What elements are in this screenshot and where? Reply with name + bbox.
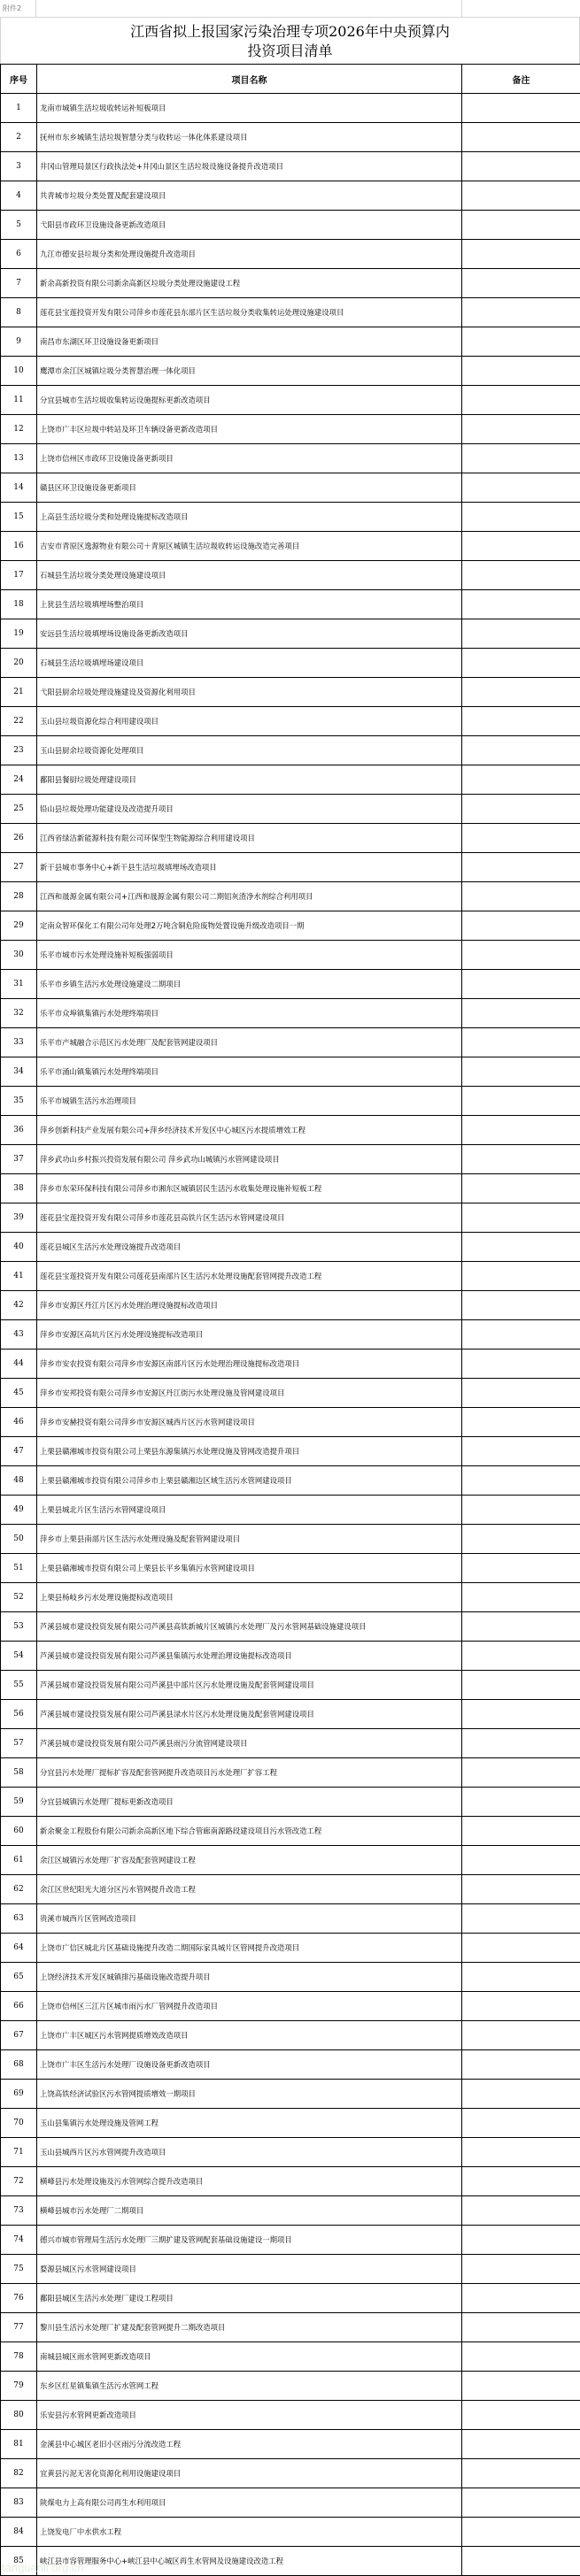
row-seq: 80 — [1, 2401, 37, 2430]
table-row: 9南昌市东湖区环卫设施设备更新项目 — [1, 327, 580, 357]
row-seq: 3 — [1, 152, 37, 181]
row-note — [462, 2459, 580, 2488]
row-seq: 38 — [1, 1174, 37, 1203]
attachment-label: 附件2 — [0, 0, 36, 17]
row-note — [462, 473, 580, 503]
row-seq: 35 — [1, 1087, 37, 1116]
row-seq: 42 — [1, 1291, 37, 1320]
row-project-name: 南昌市东湖区环卫设施设备更新项目 — [37, 327, 462, 357]
table-row: 51上栗县赣湘城市投资有限公司上栗县长平乡集镇污水管网建设项目 — [1, 1554, 580, 1583]
row-seq: 46 — [1, 1408, 37, 1437]
row-seq: 68 — [1, 2050, 37, 2080]
table-row: 69上饶高铁经济试验区污水管网提质增效一期项目 — [1, 2080, 580, 2109]
row-project-name: 乐平市涌山镇集镇污水处理终端项目 — [37, 1057, 462, 1087]
table-row: 48上栗县赣湘城市投资有限公司萍乡市上栗县赣湘边区域生活污水管网建设项目 — [1, 1466, 580, 1496]
table-row: 77黎川县生活污水处理厂扩建及配套管网提升二期改造项目 — [1, 2313, 580, 2342]
row-seq: 12 — [1, 415, 37, 444]
row-project-name: 芦溪县城市建设投资发展有限公司芦溪县高铁新城片区城镇污水处理厂及污水管网基础设施… — [37, 1612, 462, 1642]
row-note — [462, 1875, 580, 1904]
row-note — [462, 1379, 580, 1408]
row-seq: 34 — [1, 1057, 37, 1087]
table-row: 85峡江县市容管理服务中心+峡江县中心城区再生水管网及设施建设改造工程 — [1, 2547, 580, 2576]
row-project-name: 玉山县垃圾资源化综合利用建设项目 — [37, 707, 462, 736]
table-row: 54芦溪县城市建设投资发展有限公司芦溪县集镇污水处理治理设施提标改造项目 — [1, 1642, 580, 1671]
row-project-name: 乐平市众埠镇集镇污水处理终端项目 — [37, 999, 462, 1028]
row-seq: 14 — [1, 473, 37, 503]
row-note — [462, 1203, 580, 1233]
row-seq: 9 — [1, 327, 37, 357]
row-project-name: 芦溪县城市建设投资发展有限公司芦溪县集镇污水处理治理设施提标改造项目 — [37, 1642, 462, 1671]
table-row: 50萍乡市上栗县南部片区生活污水处理设施及配套管网建设项目 — [1, 1525, 580, 1554]
row-note — [462, 269, 580, 298]
row-project-name: 萍乡创新科技产业发展有限公司+萍乡经济技术开发区中心城区污水提质增效工程 — [37, 1116, 462, 1145]
table-row: 71玉山县城西片区污水管网提升改造项目 — [1, 2138, 580, 2167]
row-note — [462, 970, 580, 999]
row-note — [462, 503, 580, 532]
table-row: 15上高县生活垃圾分类和处理设施提标改造项目 — [1, 503, 580, 532]
row-seq: 49 — [1, 1496, 37, 1525]
table-row: 42萍乡市安源区丹江片区污水处理治理设施提标改造项目 — [1, 1291, 580, 1320]
row-note — [462, 1057, 580, 1087]
table-row: 5弋阳县市政环卫设施设备更新改造项目 — [1, 211, 580, 240]
table-row: 19安远县生活垃圾填埋场设施设备更新改造项目 — [1, 619, 580, 649]
row-seq: 16 — [1, 532, 37, 561]
row-seq: 79 — [1, 2372, 37, 2401]
row-project-name: 上饶市信州区市政环卫设施设备更新项目 — [37, 444, 462, 473]
table-row: 67上饶市广丰区城区污水管网提质增效改造项目 — [1, 2021, 580, 2050]
row-project-name: 横峰县城市污水处理厂二期项目 — [37, 2196, 462, 2226]
row-project-name: 江西和晟源金属有限公司+江西和晟源金属有限公司二期铝灰渣净水剂综合利用项目 — [37, 882, 462, 911]
row-note — [462, 2284, 580, 2313]
row-seq: 17 — [1, 561, 37, 590]
row-note — [462, 2080, 580, 2109]
row-project-name: 萍乡市上栗县南部片区生活污水处理设施及配套管网建设项目 — [37, 1525, 462, 1554]
row-note — [462, 853, 580, 882]
row-project-name: 上高县生活垃圾分类和处理设施提标改造项目 — [37, 503, 462, 532]
row-project-name: 陕煤电力上高有限公司再生水利用项目 — [37, 2488, 462, 2518]
empty-cell — [36, 0, 462, 17]
row-project-name: 鄱阳县餐厨垃圾处理建设项目 — [37, 765, 462, 795]
row-note — [462, 2226, 580, 2255]
row-note — [462, 1525, 580, 1554]
row-project-name: 乐安县污水管网更新改造项目 — [37, 2401, 462, 2430]
row-note — [462, 1466, 580, 1496]
row-note — [462, 2138, 580, 2167]
table-row: 46萍乡市安赫投资有限公司萍乡市安源区城西片区污水管网建设项目 — [1, 1408, 580, 1437]
row-note — [462, 1904, 580, 1934]
row-seq: 58 — [1, 1758, 37, 1788]
row-note — [462, 795, 580, 824]
table-row: 14赣县区环卫设施设备更新项目 — [1, 473, 580, 503]
table-row: 61余江区城镇污水处理厂扩容及配套管网建设工程 — [1, 1846, 580, 1875]
row-seq: 52 — [1, 1583, 37, 1612]
row-note — [462, 1758, 580, 1788]
row-project-name: 上饶市广信区城北片区基础设施提升改造二期国际家具城片区管网提升改造项目 — [37, 1934, 462, 1963]
row-project-name: 弋阳县厨余垃圾处理设施建设及资源化利用项目 — [37, 678, 462, 707]
table-row: 41莲花县宝莲投资开发有限公司莲花县南部片区生活污水处理设施配套管网提升改造工程 — [1, 1262, 580, 1291]
table-row: 84上饶发电厂中水供水工程 — [1, 2518, 580, 2547]
table-row: 57芦溪县城市建设投资发展有限公司芦溪县雨污分流管网建设项目 — [1, 1729, 580, 1758]
row-note — [462, 1642, 580, 1671]
row-seq: 64 — [1, 1934, 37, 1963]
row-seq: 47 — [1, 1437, 37, 1466]
row-note — [462, 707, 580, 736]
row-seq: 57 — [1, 1729, 37, 1758]
table-row: 52上栗县杨岐乡污水处理设施提标改造项目 — [1, 1583, 580, 1612]
row-project-name: 德兴市城市管理局生活污水处理厂三期扩建及管网配套基础设施建设一期项目 — [37, 2226, 462, 2255]
row-seq: 37 — [1, 1145, 37, 1174]
row-seq: 40 — [1, 1233, 37, 1262]
table-row: 72横峰县污水处理设施及污水管网综合提升改造项目 — [1, 2167, 580, 2196]
row-project-name: 萍乡市安源区丹江片区污水处理治理设施提标改造项目 — [37, 1291, 462, 1320]
row-project-name: 鄱阳县城区生活污水处理厂建设工程项目 — [37, 2284, 462, 2313]
row-note — [462, 1116, 580, 1145]
row-seq: 6 — [1, 240, 37, 269]
row-note — [462, 2518, 580, 2547]
row-project-name: 上栗县城北片区生活污水管网建设项目 — [37, 1496, 462, 1525]
row-seq: 39 — [1, 1203, 37, 1233]
row-seq: 74 — [1, 2226, 37, 2255]
row-project-name: 鹰潭市余江区城镇垃圾分类智慧治理一体化项目 — [37, 357, 462, 386]
table-row: 13上饶市信州区市政环卫设施设备更新项目 — [1, 444, 580, 473]
table-row: 32乐平市众埠镇集镇污水处理终端项目 — [1, 999, 580, 1028]
row-seq: 72 — [1, 2167, 37, 2196]
row-seq: 1 — [1, 94, 37, 123]
row-note — [462, 1174, 580, 1203]
row-note — [462, 1992, 580, 2021]
table-row: 30乐平市城市污水处理设施补短板强弱项目 — [1, 941, 580, 970]
table-row: 25铅山县垃圾处理功能建设及改造提升项目 — [1, 795, 580, 824]
table-row: 36萍乡创新科技产业发展有限公司+萍乡经济技术开发区中心城区污水提质增效工程 — [1, 1116, 580, 1145]
row-project-name: 九江市德安县垃圾分类和处理设施提升改造项目 — [37, 240, 462, 269]
row-project-name: 莲花县城区生活污水处理设施提升改造项目 — [37, 1233, 462, 1262]
row-project-name: 新余高新投资有限公司新余高新区垃圾分类处理设施建设工程 — [37, 269, 462, 298]
row-project-name: 东乡区红星镇集镇生活污水管网工程 — [37, 2372, 462, 2401]
row-seq: 41 — [1, 1262, 37, 1291]
table-row: 75婺源县城区污水管网建设项目 — [1, 2255, 580, 2284]
table-row: 44萍乡市安农投资有限公司萍乡市安源区南部片区污水处理治理设施提标改造项目 — [1, 1350, 580, 1379]
row-seq: 29 — [1, 911, 37, 941]
row-project-name: 共青城市垃圾分类处置及配套建设项目 — [37, 181, 462, 211]
row-project-name: 金溪县中心城区老旧小区雨污分流改造工程 — [37, 2430, 462, 2459]
row-seq: 48 — [1, 1466, 37, 1496]
row-note — [462, 1408, 580, 1437]
row-project-name: 乐平市城市污水处理设施补短板强弱项目 — [37, 941, 462, 970]
table-row: 11分宜县城市生活垃圾收集转运设施提标更新改造项目 — [1, 386, 580, 415]
table-row: 38萍乡市东荣环保科技有限公司萍乡市湘东区城镇居民生活污水收集处理设施补短板工程 — [1, 1174, 580, 1203]
row-seq: 7 — [1, 269, 37, 298]
row-project-name: 上饶市信州区三江片区城市雨污水厂管网提升改造项目 — [37, 1992, 462, 2021]
row-project-name: 婺源县城区污水管网建设项目 — [37, 2255, 462, 2284]
row-seq: 32 — [1, 999, 37, 1028]
row-seq: 83 — [1, 2488, 37, 2518]
row-note — [462, 1233, 580, 1262]
table-row: 53芦溪县城市建设投资发展有限公司芦溪县高铁新城片区城镇污水处理厂及污水管网基础… — [1, 1612, 580, 1642]
row-note — [462, 2342, 580, 2372]
row-project-name: 玉山县集镇污水处理设施及管网工程 — [37, 2109, 462, 2138]
table-row: 17石城县生活垃圾分类处理设施建设项目 — [1, 561, 580, 590]
row-project-name: 上饶市广丰区生活污水处理厂设施设备更新改造项目 — [37, 2050, 462, 2080]
row-seq: 50 — [1, 1525, 37, 1554]
table-row: 65上饶经济技术开发区城镇排污基础设施改造提升项目 — [1, 1963, 580, 1992]
row-project-name: 上栗县赣湘城市投资有限公司上栗县长平乡集镇污水管网建设项目 — [37, 1554, 462, 1583]
row-note — [462, 678, 580, 707]
table-row: 6九江市德安县垃圾分类和处理设施提升改造项目 — [1, 240, 580, 269]
row-project-name: 莲花县宝莲投资开发有限公司萍乡市莲花县高铁片区生活污水管网建设项目 — [37, 1203, 462, 1233]
table-row: 45萍乡市安邦投资有限公司萍乡市安源区丹江街污水处理设施及管网建设项目 — [1, 1379, 580, 1408]
row-seq: 63 — [1, 1904, 37, 1934]
column-header-seq: 序号 — [1, 65, 37, 94]
row-seq: 31 — [1, 970, 37, 999]
table-body: 1龙南市城镇生活垃圾收转运补短板项目2抚州市东乡城镇生活垃圾智慧分类与收转运一体… — [1, 94, 580, 2576]
table-row: 10鹰潭市余江区城镇垃圾分类智慧治理一体化项目 — [1, 357, 580, 386]
row-project-name: 玉山县城西片区污水管网提升改造项目 — [37, 2138, 462, 2167]
document-title: 江西省拟上报国家污染治理专项2026年中央预算内 投资项目清单 — [0, 18, 580, 64]
row-seq: 11 — [1, 386, 37, 415]
row-seq: 78 — [1, 2342, 37, 2372]
row-project-name: 弋阳县市政环卫设施设备更新改造项目 — [37, 211, 462, 240]
row-project-name: 宜黄县污泥无害化资源化利用设施建设项目 — [37, 2459, 462, 2488]
row-note — [462, 181, 580, 211]
table-row: 33乐平市产城融合示范区污水处理厂及配套管网建设项目 — [1, 1028, 580, 1057]
table-row: 3井冈山管理局景区行政执法处+井冈山景区生活垃圾设施设备提升改造项目 — [1, 152, 580, 181]
row-seq: 44 — [1, 1350, 37, 1379]
row-project-name: 萍乡市安赫投资有限公司萍乡市安源区城西片区污水管网建设项目 — [37, 1408, 462, 1437]
table-row: 55芦溪县城市建设投资发展有限公司芦溪县中部片区污水处理设施及配套管网建设项目 — [1, 1671, 580, 1700]
table-row: 8莲花县宝莲投资开发有限公司萍乡市莲花县东部片区生活垃圾分类收集转运处理设施建设… — [1, 298, 580, 327]
table-row: 56芦溪县城市建设投资发展有限公司芦溪县渌水片区污水处理设施及配套管网建设项目 — [1, 1700, 580, 1729]
table-row: 70玉山县集镇污水处理设施及管网工程 — [1, 2109, 580, 2138]
table-row: 31乐平市乡镇生活污水处理设施建设二期项目 — [1, 970, 580, 999]
table-row: 21弋阳县厨余垃圾处理设施建设及资源化利用项目 — [1, 678, 580, 707]
row-note — [462, 1846, 580, 1875]
row-project-name: 萍乡市安农投资有限公司萍乡市安源区南部片区污水处理治理设施提标改造项目 — [37, 1350, 462, 1379]
row-project-name: 上饶市广丰区垃圾中转站及环卫车辆设备更新改造项目 — [37, 415, 462, 444]
table-row: 66上饶市信州区三江片区城市雨污水厂管网提升改造项目 — [1, 1992, 580, 2021]
table-row: 29定南众智环保化工有限公司年处理2万吨含铜危险废物处置设施升级改造项目一期 — [1, 911, 580, 941]
row-seq: 60 — [1, 1817, 37, 1846]
row-seq: 69 — [1, 2080, 37, 2109]
row-note — [462, 1817, 580, 1846]
row-seq: 25 — [1, 795, 37, 824]
table-row: 78南城县城区雨水管网更新改造项目 — [1, 2342, 580, 2372]
table-row: 76鄱阳县城区生活污水处理厂建设工程项目 — [1, 2284, 580, 2313]
row-seq: 36 — [1, 1116, 37, 1145]
table-row: 37萍乡武功山乡村振兴投资发展有限公司 萍乡武功山城镇污水管网建设项目 — [1, 1145, 580, 1174]
row-note — [462, 824, 580, 853]
row-note — [462, 1028, 580, 1057]
row-note — [462, 882, 580, 911]
row-note — [462, 1291, 580, 1320]
table-row: 43萍乡市安源区高坑片区污水处理设施提标改造项目 — [1, 1320, 580, 1350]
row-project-name: 上犹县生活垃圾填埋场整治项目 — [37, 590, 462, 619]
table-row: 1龙南市城镇生活垃圾收转运补短板项目 — [1, 94, 580, 123]
row-seq: 70 — [1, 2109, 37, 2138]
row-project-name: 芦溪县城市建设投资发展有限公司芦溪县雨污分流管网建设项目 — [37, 1729, 462, 1758]
table-row: 39莲花县宝莲投资开发有限公司萍乡市莲花县高铁片区生活污水管网建设项目 — [1, 1203, 580, 1233]
row-note — [462, 941, 580, 970]
table-row: 73横峰县城市污水处理厂二期项目 — [1, 2196, 580, 2226]
table-row: 63贵溪市城西片区管网改造项目 — [1, 1904, 580, 1934]
table-row: 80乐安县污水管网更新改造项目 — [1, 2401, 580, 2430]
row-project-name: 余江区世纪阳光大道分区污水管网提升改造工程 — [37, 1875, 462, 1904]
row-note — [462, 1554, 580, 1583]
row-seq: 85 — [1, 2547, 37, 2576]
row-project-name: 分宜县污水处理厂提标扩容及配套管网提升改造项目污水处理厂扩容工程 — [37, 1758, 462, 1788]
row-note — [462, 298, 580, 327]
row-note — [462, 2109, 580, 2138]
row-project-name: 石城县生活垃圾分类处理设施建设项目 — [37, 561, 462, 590]
row-note — [462, 357, 580, 386]
row-seq: 59 — [1, 1788, 37, 1817]
row-project-name: 江西省绿洁新能源科技有限公司环保型生物能源综合利用建设项目 — [37, 824, 462, 853]
row-project-name: 新余聚金工程股份有限公司新余高新区地下综合管廊南源路段建设项目污水管改造工程 — [37, 1817, 462, 1846]
row-seq: 43 — [1, 1320, 37, 1350]
row-seq: 19 — [1, 619, 37, 649]
row-project-name: 横峰县污水处理设施及污水管网综合提升改造项目 — [37, 2167, 462, 2196]
row-note — [462, 94, 580, 123]
row-note — [462, 415, 580, 444]
row-seq: 55 — [1, 1671, 37, 1700]
table-row: 20石城县生活垃圾填埋场建设项目 — [1, 649, 580, 678]
row-project-name: 上饶经济技术开发区城镇排污基础设施改造提升项目 — [37, 1963, 462, 1992]
table-row: 79东乡区红星镇集镇生活污水管网工程 — [1, 2372, 580, 2401]
row-seq: 26 — [1, 824, 37, 853]
row-project-name: 定南众智环保化工有限公司年处理2万吨含铜危险废物处置设施升级改造项目一期 — [37, 911, 462, 941]
row-note — [462, 1437, 580, 1466]
row-project-name: 安远县生活垃圾填埋场设施设备更新改造项目 — [37, 619, 462, 649]
row-note — [462, 736, 580, 765]
row-seq: 23 — [1, 736, 37, 765]
row-note — [462, 2488, 580, 2518]
table-row: 62余江区世纪阳光大道分区污水管网提升改造工程 — [1, 1875, 580, 1904]
row-project-name: 上栗县赣湘城市投资有限公司上栗县东源集镇污水处理设施及管网改造提升项目 — [37, 1437, 462, 1466]
row-note — [462, 765, 580, 795]
row-seq: 2 — [1, 123, 37, 152]
row-seq: 20 — [1, 649, 37, 678]
row-project-name: 抚州市东乡城镇生活垃圾智慧分类与收转运一体化体系建设项目 — [37, 123, 462, 152]
row-project-name: 萍乡市安邦投资有限公司萍乡市安源区丹江街污水处理设施及管网建设项目 — [37, 1379, 462, 1408]
row-seq: 53 — [1, 1612, 37, 1642]
row-project-name: 芦溪县城市建设投资发展有限公司芦溪县渌水片区污水处理设施及配套管网建设项目 — [37, 1700, 462, 1729]
row-project-name: 石城县生活垃圾填埋场建设项目 — [37, 649, 462, 678]
row-note — [462, 1583, 580, 1612]
row-note — [462, 1612, 580, 1642]
row-project-name: 峡江县市容管理服务中心+峡江县中心城区再生水管网及设施建设改造工程 — [37, 2547, 462, 2576]
table-row: 26江西省绿洁新能源科技有限公司环保型生物能源综合利用建设项目 — [1, 824, 580, 853]
row-seq: 56 — [1, 1700, 37, 1729]
row-note — [462, 2050, 580, 2080]
row-note — [462, 1934, 580, 1963]
row-seq: 21 — [1, 678, 37, 707]
row-project-name: 余江区城镇污水处理厂扩容及配套管网建设工程 — [37, 1846, 462, 1875]
row-project-name: 吉安市青原区逸源物业有限公司＋青原区城镇生活垃圾收转运设施改造完善项目 — [37, 532, 462, 561]
row-note — [462, 327, 580, 357]
row-seq: 67 — [1, 2021, 37, 2050]
table-row: 58分宜县污水处理厂提标扩容及配套管网提升改造项目污水处理厂扩容工程 — [1, 1758, 580, 1788]
row-project-name: 乐平市乡镇生活污水处理设施建设二期项目 — [37, 970, 462, 999]
row-seq: 81 — [1, 2430, 37, 2459]
table-row: 4共青城市垃圾分类处置及配套建设项目 — [1, 181, 580, 211]
table-row: 27新干县城市事务中心+新干县生活垃圾填埋场改造项目 — [1, 853, 580, 882]
row-seq: 62 — [1, 1875, 37, 1904]
row-project-name: 上饶高铁经济试验区污水管网提质增效一期项目 — [37, 2080, 462, 2109]
row-project-name: 铅山县垃圾处理功能建设及改造提升项目 — [37, 795, 462, 824]
row-seq: 18 — [1, 590, 37, 619]
row-seq: 30 — [1, 941, 37, 970]
row-note — [462, 2167, 580, 2196]
row-project-name: 龙南市城镇生活垃圾收转运补短板项目 — [37, 94, 462, 123]
table-row: 82宜黄县污泥无害化资源化利用设施建设项目 — [1, 2459, 580, 2488]
row-project-name: 新干县城市事务中心+新干县生活垃圾填埋场改造项目 — [37, 853, 462, 882]
table-header-row: 序号 项目名称 备注 — [1, 65, 580, 94]
row-project-name: 莲花县宝莲投资开发有限公司莲花县南部片区生活污水处理设施配套管网提升改造工程 — [37, 1262, 462, 1291]
row-project-name: 黎川县生活污水处理厂扩建及配套管网提升二期改造项目 — [37, 2313, 462, 2342]
row-note — [462, 152, 580, 181]
table-row: 47上栗县赣湘城市投资有限公司上栗县东源集镇污水处理设施及管网改造提升项目 — [1, 1437, 580, 1466]
row-note — [462, 2401, 580, 2430]
row-project-name: 上饶发电厂中水供水工程 — [37, 2518, 462, 2547]
row-note — [462, 619, 580, 649]
row-project-name: 赣县区环卫设施设备更新项目 — [37, 473, 462, 503]
table-row: 64上饶市广信区城北片区基础设施提升改造二期国际家具城片区管网提升改造项目 — [1, 1934, 580, 1963]
row-project-name: 莲花县宝莲投资开发有限公司萍乡市莲花县东部片区生活垃圾分类收集转运处理设施建设项… — [37, 298, 462, 327]
row-seq: 22 — [1, 707, 37, 736]
row-note — [462, 590, 580, 619]
row-note — [462, 240, 580, 269]
row-seq: 75 — [1, 2255, 37, 2284]
table-row: 35乐平市城镇生活污水治理项目 — [1, 1087, 580, 1116]
row-note — [462, 911, 580, 941]
row-seq: 65 — [1, 1963, 37, 1992]
row-seq: 4 — [1, 181, 37, 211]
table-row: 22玉山县垃圾资源化综合利用建设项目 — [1, 707, 580, 736]
title-line-1: 江西省拟上报国家污染治理专项2026年中央预算内 — [1, 22, 579, 42]
row-seq: 71 — [1, 2138, 37, 2167]
row-project-name: 乐平市产城融合示范区污水处理厂及配套管网建设项目 — [37, 1028, 462, 1057]
table-row: 83陕煤电力上高有限公司再生水利用项目 — [1, 2488, 580, 2518]
row-note — [462, 1087, 580, 1116]
row-seq: 66 — [1, 1992, 37, 2021]
table-row: 68上饶市广丰区生活污水处理厂设施设备更新改造项目 — [1, 2050, 580, 2080]
column-header-note: 备注 — [462, 65, 580, 94]
row-project-name: 萍乡市安源区高坑片区污水处理设施提标改造项目 — [37, 1320, 462, 1350]
row-seq: 10 — [1, 357, 37, 386]
table-row: 28江西和晟源金属有限公司+江西和晟源金属有限公司二期铝灰渣净水剂综合利用项目 — [1, 882, 580, 911]
table-row: 16吉安市青原区逸源物业有限公司＋青原区城镇生活垃圾收转运设施改造完善项目 — [1, 532, 580, 561]
row-note — [462, 1729, 580, 1758]
row-project-name: 井冈山管理局景区行政执法处+井冈山景区生活垃圾设施设备提升改造项目 — [37, 152, 462, 181]
column-header-name: 项目名称 — [37, 65, 462, 94]
row-seq: 5 — [1, 211, 37, 240]
row-note — [462, 444, 580, 473]
row-seq: 76 — [1, 2284, 37, 2313]
row-note — [462, 1788, 580, 1817]
row-note — [462, 386, 580, 415]
row-note — [462, 1496, 580, 1525]
row-seq: 84 — [1, 2518, 37, 2547]
row-note — [462, 532, 580, 561]
row-seq: 73 — [1, 2196, 37, 2226]
row-note — [462, 2547, 580, 2576]
row-note — [462, 1671, 580, 1700]
row-seq: 61 — [1, 1846, 37, 1875]
table-row: 60新余聚金工程股份有限公司新余高新区地下综合管廊南源路段建设项目污水管改造工程 — [1, 1817, 580, 1846]
row-note — [462, 649, 580, 678]
row-project-name: 乐平市城镇生活污水治理项目 — [37, 1087, 462, 1116]
row-note — [462, 2372, 580, 2401]
table-row: 7新余高新投资有限公司新余高新区垃圾分类处理设施建设工程 — [1, 269, 580, 298]
